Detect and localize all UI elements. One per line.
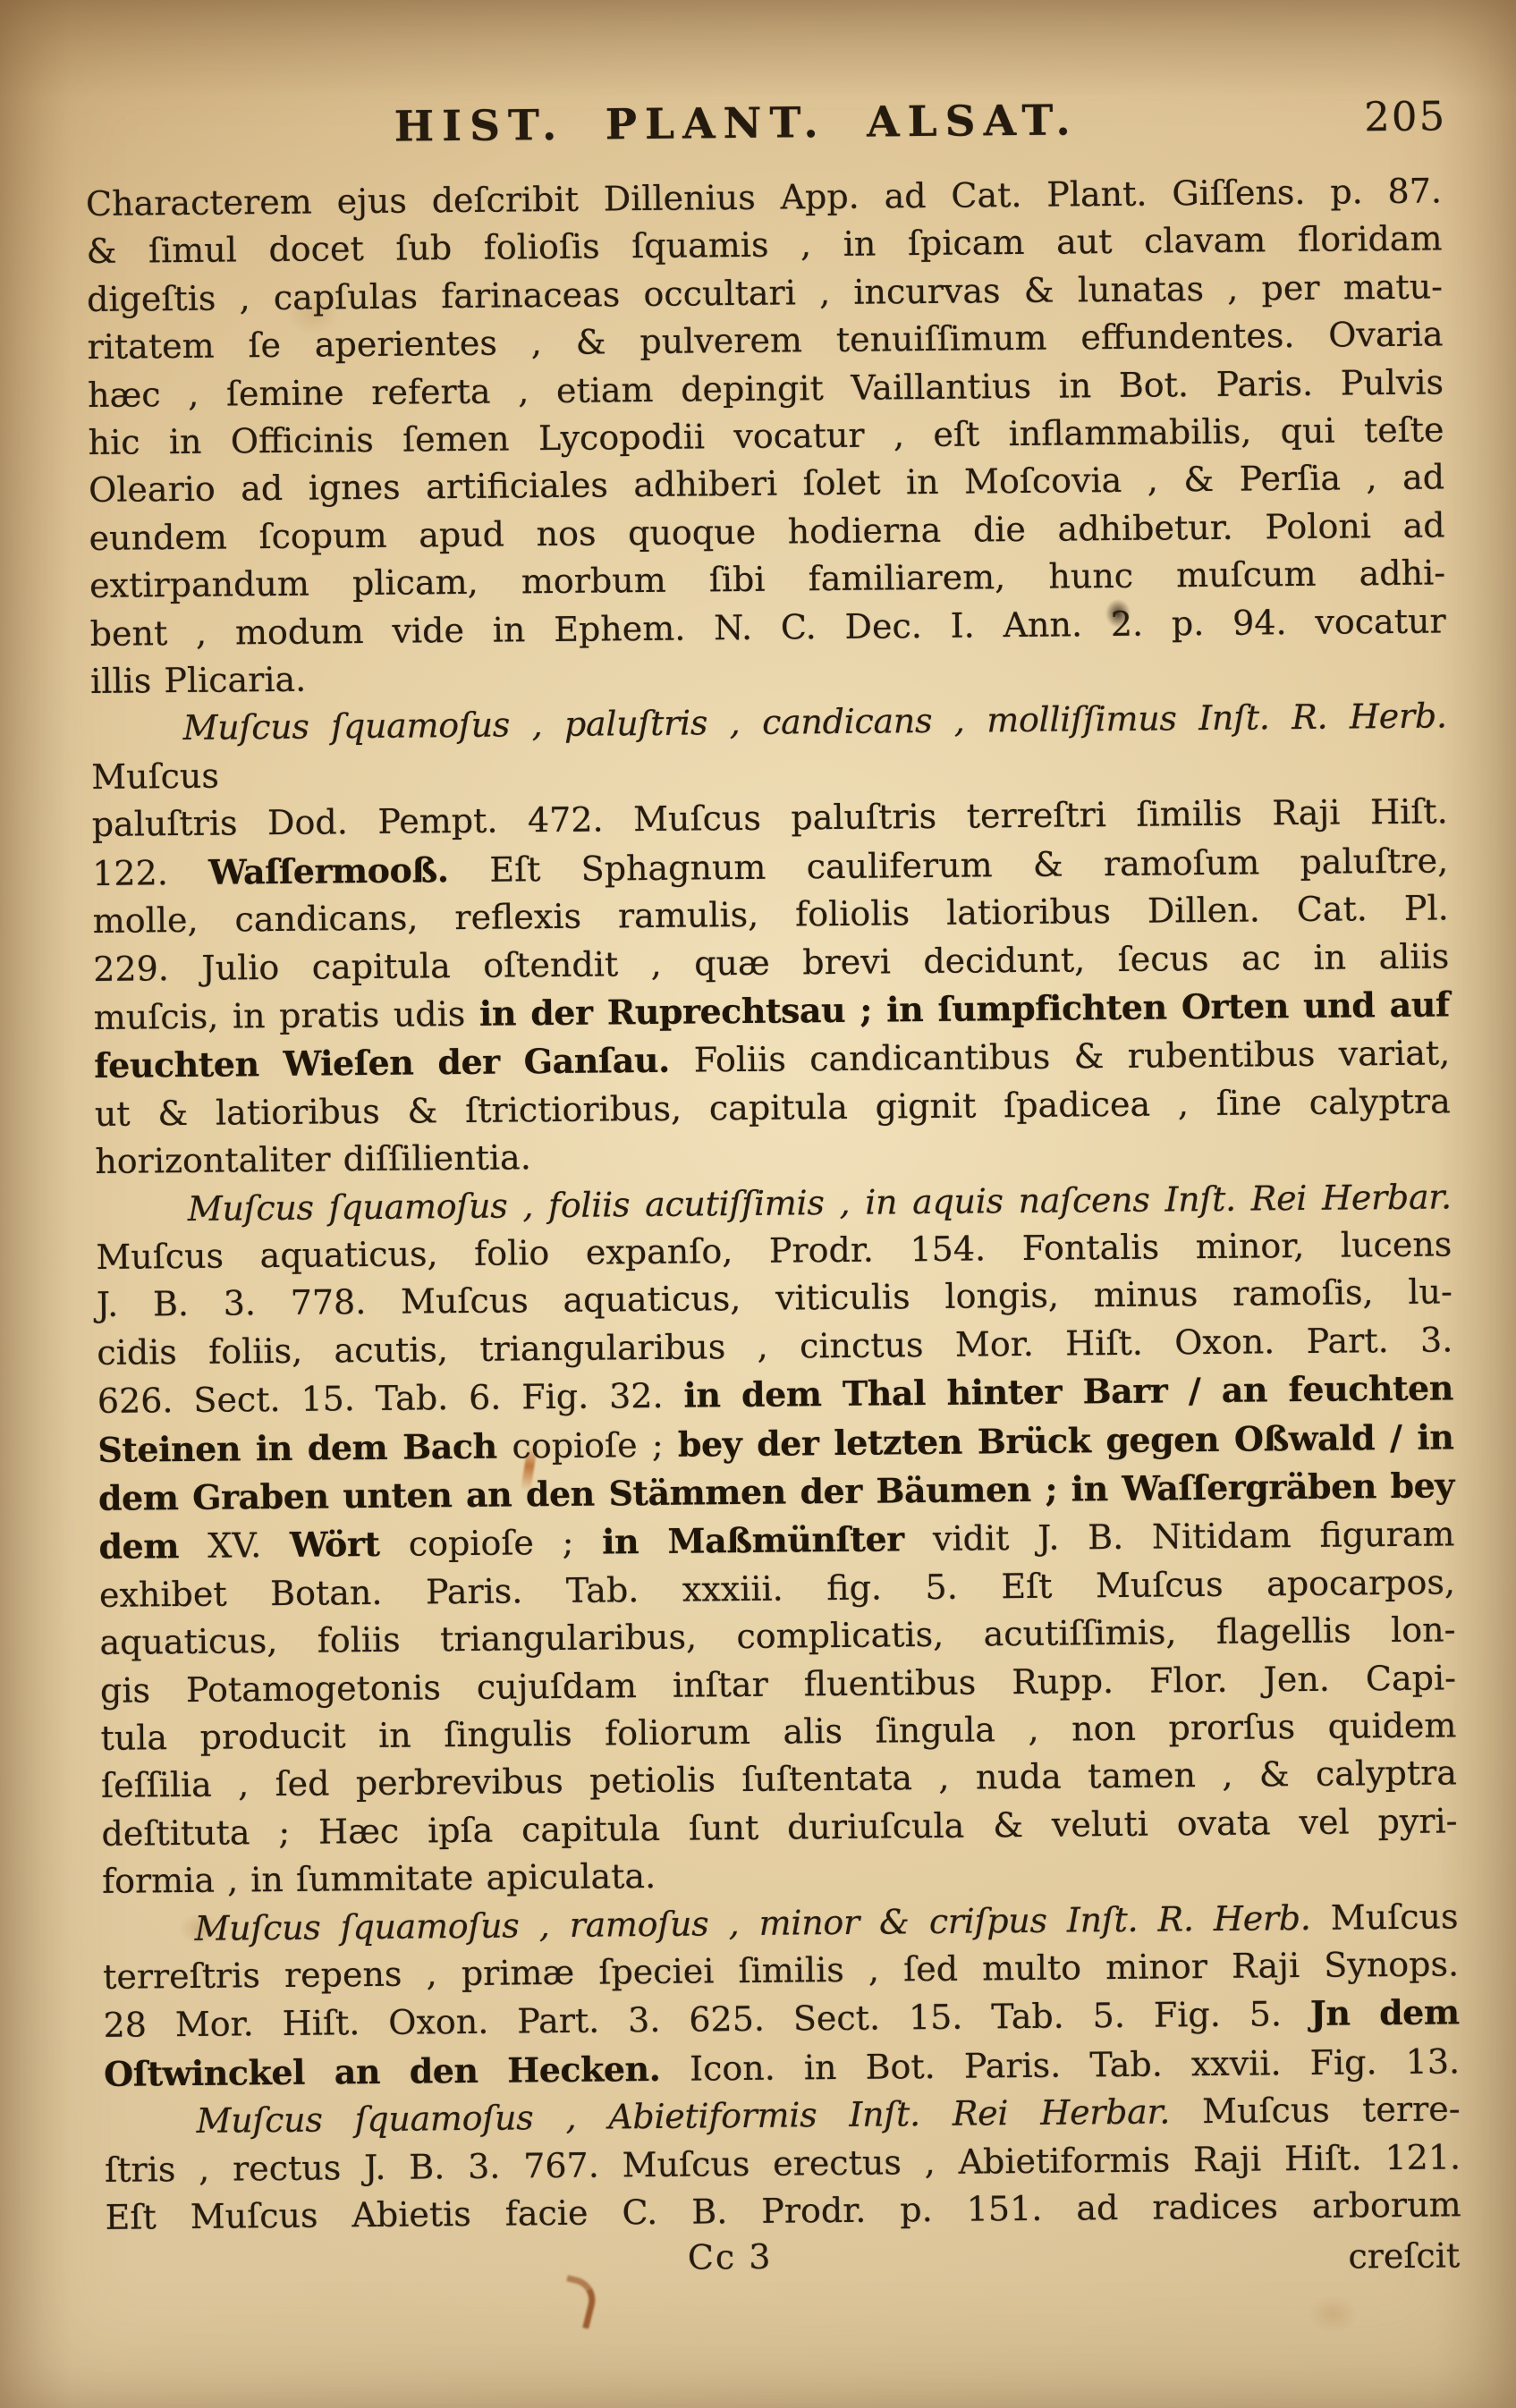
roman-text: Muſcus [1331,1897,1459,1937]
roman-text: horizontaliter diſſilientia. [95,1137,531,1181]
roman-text: gis Potamogetonis cujuſdam inſtar fluent… [100,1658,1456,1711]
roman-text: hæc , ſemine referta , etiam depingit Va… [88,362,1444,415]
roman-text: Muſcus aquaticus, folio expanſo, Prodr. … [96,1224,1452,1277]
roman-text: Eſt Sphagnum cauliferum & ramoſum paluſt… [489,841,1448,889]
fraktur-text: Jn dem [1310,1992,1460,2034]
roman-text: paluſtris Dod. Pempt. 472. Muſcus paluſt… [92,792,1448,845]
roman-text: J. B. 3. 778. Muſcus aquaticus, viticuli… [97,1272,1452,1325]
roman-text: copioſe ; [409,1523,603,1564]
fraktur-text: in dem Thal hinter Barr / an feuchten [683,1368,1453,1415]
roman-text: aquaticus, foliis triangularibus, compli… [99,1610,1455,1663]
roman-text: tula producit in ſingulis foliorum alis … [100,1705,1456,1758]
roman-text: eundem ſcopum apud nos quoque hodierna d… [89,505,1444,558]
roman-text: ritatem ſe aperientes , & pulverem tenui… [87,315,1443,368]
roman-text: Icon. in Bot. Paris. Tab. xxvii. Fig. 13… [690,2041,1460,2088]
roman-text: terreſtris repens , primæ ſpeciei ſimili… [103,1944,1459,1997]
roman-text: molle, candicans, reflexis ramulis, foli… [93,889,1449,942]
roman-text: ſeſſilia , ſed perbrevibus petiolis ſuſt… [101,1753,1457,1806]
fraktur-text: in der Ruprechtsau ; in ſumpfichten Orte… [479,984,1450,1033]
running-title: HIST. PLANT. ALSAT. [85,93,1387,155]
fraktur-text: dem Graben unten an den Stämmen der Bäum… [98,1465,1454,1518]
fraktur-text: dem [98,1525,207,1567]
roman-text: copioſe ; [512,1424,678,1466]
roman-text: & ſimul docet ſub folioſis ſquamis , in … [86,219,1442,272]
roman-text: deſtituta ; Hæc ipſa capitula ſunt duriu… [101,1801,1457,1854]
roman-text: Foliis candicantibus & rubentibus variat… [694,1034,1451,1080]
roman-text: formia , in ſummitate apiculata. [102,1856,656,1901]
roman-text: muſcis, in pratis udis [94,994,480,1037]
fraktur-text: Steinen in dem Bach [97,1425,512,1469]
italic-text: Muſcus ſquamoſus , ramoſus , minor & cri… [194,1897,1331,1948]
foxing-spot [1308,2294,1358,2334]
roman-text: 122. [92,852,208,892]
roman-text: cidis foliis, acutis, triangularibus , c… [97,1320,1452,1373]
roman-text: Eſt Muſcus Abietis facie C. B. Prodr. p.… [105,2184,1461,2237]
fraktur-text: bey der letzten Brück gegen Oßwald / in [678,1416,1454,1464]
roman-text: Muſcus [91,756,219,796]
fraktur-text: feuchten Wieſen der Ganſau. [94,1040,694,1086]
roman-text: Muſcus terre- [1202,2090,1461,2132]
roman-text: 229. Julio capitula oſtendit , quæ brevi… [93,936,1449,989]
roman-text: illis Plicaria. [90,660,306,701]
roman-text: Characterem ejus deſcribit Dillenius App… [86,171,1442,224]
roman-text: ſtris , rectus J. B. 3. 767. Muſcus erec… [105,2137,1461,2190]
text-block: Characterem ejus deſcribit Dillenius App… [86,167,1461,2242]
text-line: Muſcus ſquamoſus , paluſtris , candicans… [90,693,1447,801]
fraktur-text: Oſtwinckel an den Hecken. [104,2048,690,2093]
catchword: creſcit [1348,2236,1460,2277]
fraktur-text: in Maßmünſter [602,1518,933,1562]
italic-text: Muſcus ſquamoſus , foliis acutiſſimis , … [188,1177,1452,1229]
roman-text: vidit J. B. Nitidam figuram [933,1515,1455,1559]
italic-text: Muſcus ſquamoſus , Abietiformis Inſt. Re… [196,2091,1202,2141]
fraktur-text: Wört [290,1524,409,1565]
roman-text: ut & latioribus & ſtrictioribus, capitul… [95,1081,1451,1134]
roman-text: hic in Officinis ſemen Lycopodii vocatur… [88,410,1444,462]
book-page: HIST. PLANT. ALSAT. 205 Characterem ejus… [0,0,1516,2408]
page-header: HIST. PLANT. ALSAT. 205 [85,92,1442,181]
fraktur-text: Waſſermooß. [208,849,490,891]
roman-text: 626. Sect. 15. Tab. 6. Fig. 32. [97,1376,684,1421]
roman-text: 28 Mor. Hiſt. Oxon. Part. 3. 625. Sect. … [103,1994,1310,2045]
page-content: HIST. PLANT. ALSAT. 205 Characterem ejus… [85,92,1461,2292]
roman-text: exhibet Botan. Paris. Tab. xxxiii. fig. … [99,1562,1455,1615]
italic-text: Muſcus ſquamoſus , paluſtris , candicans… [182,697,1446,748]
roman-text: bent , modum vide in Ephem. N. C. Dec. I… [89,601,1445,654]
page-number: 205 [1364,92,1446,140]
roman-text: Oleario ad ignes artificiales adhiberi ſ… [89,458,1444,511]
roman-text: XV. [207,1525,290,1566]
roman-text: digeſtis , capſulas farinaceas occultari… [87,266,1443,319]
roman-text: extirpandum plicam, morbum ſibi familiar… [89,553,1445,606]
